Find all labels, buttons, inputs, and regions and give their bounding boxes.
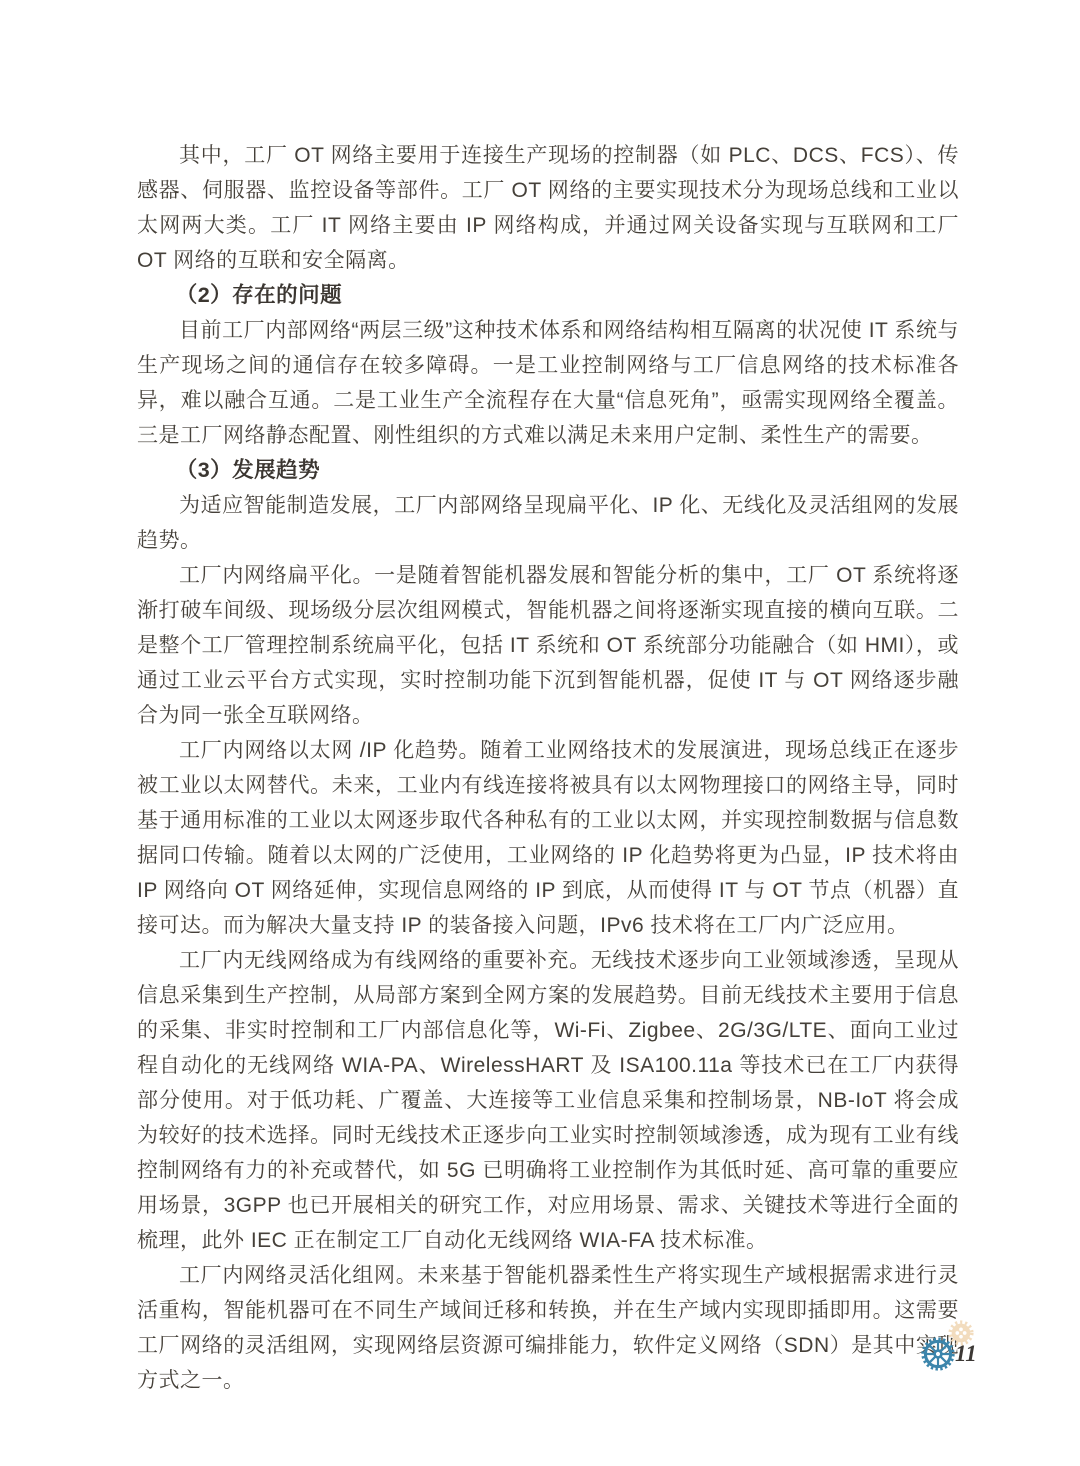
section-heading-existing-problems: （2）存在的问题: [137, 278, 959, 313]
document-page: 其中，工厂 OT 网络主要用于连接生产现场的控制器（如 PLC、DCS、FCS）…: [0, 0, 1080, 1466]
paragraph-trend-overview: 为适应智能制造发展，工厂内部网络呈现扁平化、IP 化、无线化及灵活组网的发展趋势…: [137, 488, 959, 558]
page-text-content: 其中，工厂 OT 网络主要用于连接生产现场的控制器（如 PLC、DCS、FCS）…: [137, 138, 959, 1398]
paragraph-wireless-network: 工厂内无线网络成为有线网络的重要补充。无线技术逐步向工业领域渗透，呈现从信息采集…: [137, 943, 959, 1258]
paragraph-flexible-networking: 工厂内网络灵活化组网。未来基于智能机器柔性生产将实现生产域根据需求进行灵活重构，…: [137, 1258, 959, 1398]
paragraph-existing-problems: 目前工厂内部网络“两层三级”这种技术体系和网络结构相互隔离的状况使 IT 系统与…: [137, 313, 959, 453]
paragraph-network-flattening: 工厂内网络扁平化。一是随着智能机器发展和智能分析的集中，工厂 OT 系统将逐渐打…: [137, 558, 959, 733]
section-heading-development-trends: （3）发展趋势: [137, 453, 959, 488]
paragraph-ot-network-intro: 其中，工厂 OT 网络主要用于连接生产现场的控制器（如 PLC、DCS、FCS）…: [137, 138, 959, 278]
paragraph-ethernet-ip-trend: 工厂内网络以太网 /IP 化趋势。随着工业网络技术的发展演进，现场总线正在逐步被…: [137, 733, 959, 943]
